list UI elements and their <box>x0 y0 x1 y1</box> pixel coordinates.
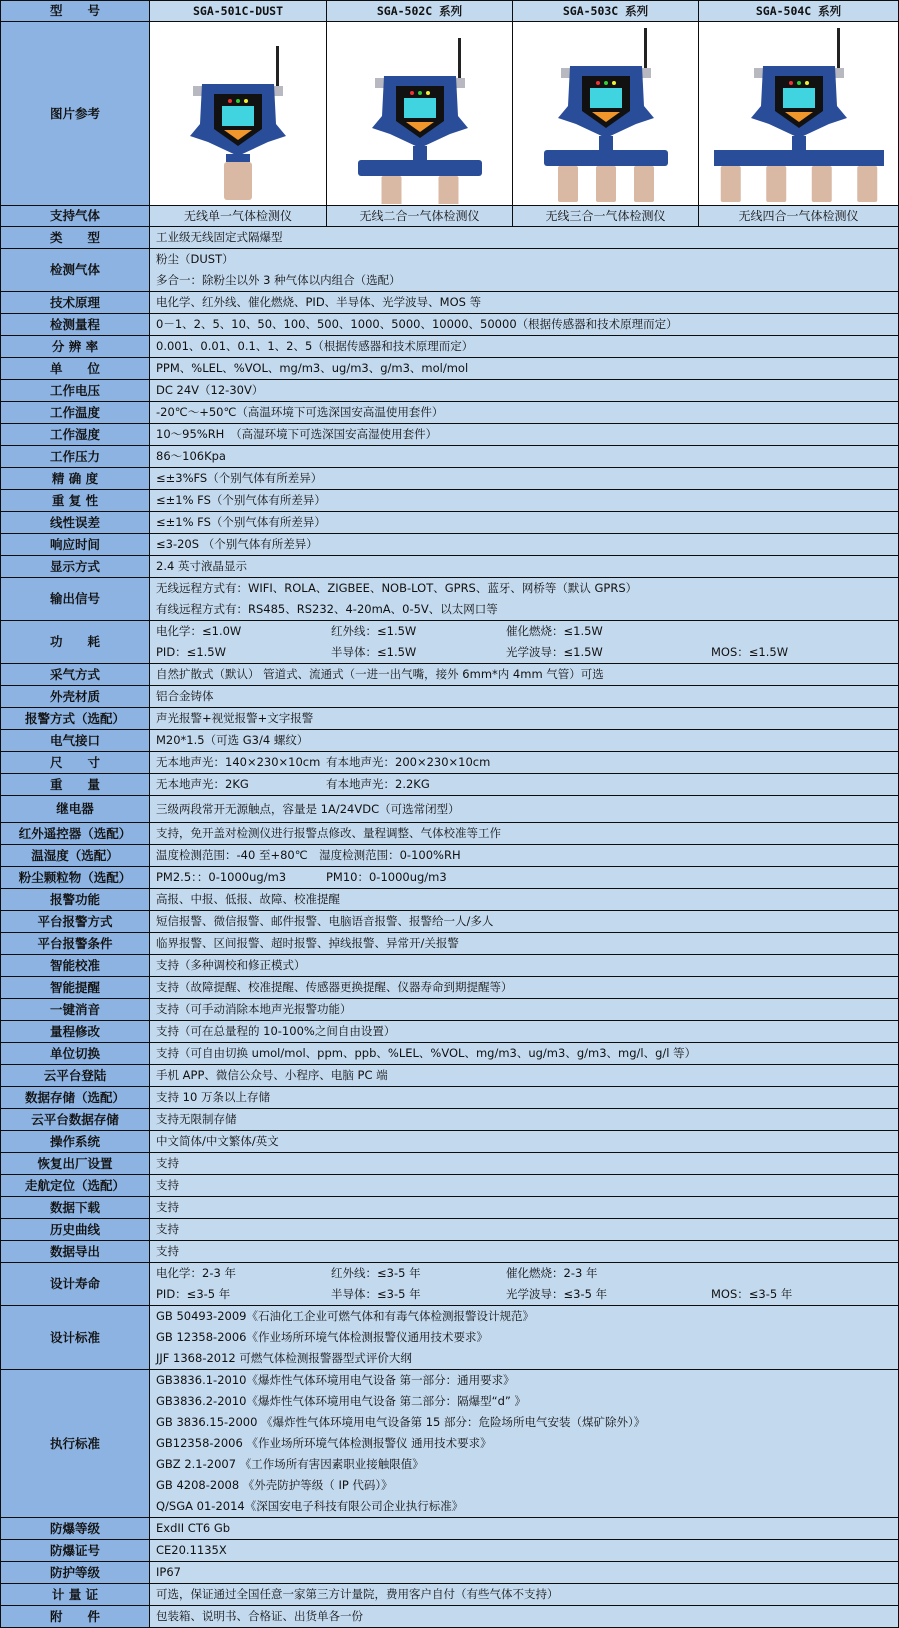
spec-value: 短信报警、微信报警、邮件报警、电脑语音报警、报警给一人/多人 <box>150 911 899 933</box>
spec-row: 设计寿命电化学：2-3 年红外线：≤3-5 年催化燃烧：2-3 年PID：≤3-… <box>1 1263 899 1306</box>
model-name: SGA-501C-DUST <box>150 1 327 22</box>
spec-value: CE20.1135X <box>150 1540 899 1562</box>
spec-value-item: 无本地声光：140×230×10cm <box>156 752 326 773</box>
spec-value-line: 电化学、红外线、催化燃烧、PID、半导体、光学波导、MOS 等 <box>156 292 892 313</box>
spec-value-line: 临界报警、区间报警、超时报警、掉线报警、异常开/关报警 <box>156 933 892 954</box>
spec-value: M20*1.5（可选 G3/4 螺纹） <box>150 730 899 752</box>
spec-label: 报警功能 <box>1 889 150 911</box>
spec-row: 智能提醒支持（故障提醒、校准提醒、传感器更换提醒、仪器寿命到期提醒等） <box>1 977 899 999</box>
spec-value-line: 电化学：≤1.0W红外线：≤1.5W催化燃烧：≤1.5W <box>156 621 892 642</box>
spec-row: 技术原理电化学、红外线、催化燃烧、PID、半导体、光学波导、MOS 等 <box>1 292 899 314</box>
spec-value-line: 支持（可在总量程的 10-100%之间自由设置） <box>156 1021 892 1042</box>
spec-value-line: 支持 <box>156 1197 892 1218</box>
spec-value-line: DC 24V（12-30V） <box>156 380 892 401</box>
spec-value-item: 催化燃烧：2-3 年 <box>506 1263 711 1284</box>
spec-value-line: ≤±1% FS（个别气体有所差异） <box>156 512 892 533</box>
spec-value-item: 半导体：≤1.5W <box>331 642 506 663</box>
spec-label: 设计寿命 <box>1 1263 150 1306</box>
spec-label: 工作温度 <box>1 402 150 424</box>
spec-value: 自然扩散式（默认） 管道式、流通式（一进一出气嘴，接外 6mm*内 4mm 气管… <box>150 664 899 686</box>
spec-row: 尺 寸无本地声光：140×230×10cm有本地声光：200×230×10cm <box>1 752 899 774</box>
spec-value: 电化学、红外线、催化燃烧、PID、半导体、光学波导、MOS 等 <box>150 292 899 314</box>
spec-row: 功 耗电化学：≤1.0W红外线：≤1.5W催化燃烧：≤1.5WPID：≤1.5W… <box>1 621 899 664</box>
spec-value: 支持（可自由切换 umol/mol、ppm、ppb、%LEL、%VOL、mg/m… <box>150 1043 899 1065</box>
model-header-row: 型 号 SGA-501C-DUST SGA-502C 系列 SGA-503C 系… <box>1 1 899 22</box>
spec-label: 检测气体 <box>1 249 150 292</box>
spec-value-line: 自然扩散式（默认） 管道式、流通式（一进一出气嘴，接外 6mm*内 4mm 气管… <box>156 664 892 685</box>
spec-value-line: PPM、%LEL、%VOL、mg/m3、ug/m3、g/m3、mol/mol <box>156 358 892 379</box>
spec-row: 恢复出厂设置支持 <box>1 1153 899 1175</box>
spec-value-line: 支持，免开盖对检测仪进行报警点修改、量程调整、气体校准等工作 <box>156 823 892 844</box>
spec-value-item: MOS：≤1.5W <box>711 642 861 663</box>
spec-row: 附 件包装箱、说明书、合格证、出货单各一份 <box>1 1606 899 1628</box>
spec-label: 尺 寸 <box>1 752 150 774</box>
spec-row: 报警功能高报、中报、低报、故障、校准提醒 <box>1 889 899 911</box>
spec-row: 工作电压DC 24V（12-30V） <box>1 380 899 402</box>
spec-row: 工作温度-20℃～+50℃（高温环境下可选深国安高温使用套件） <box>1 402 899 424</box>
spec-value: ≤3-20S （个别气体有所差异） <box>150 534 899 556</box>
spec-value-line: 无本地声光：2KG有本地声光：2.2KG <box>156 774 892 795</box>
spec-label: 外壳材质 <box>1 686 150 708</box>
spec-value-line: GB 12358-2006《作业场所环境气体检测报警仪通用技术要求》 <box>156 1327 892 1348</box>
spec-value-line: Q/SGA 01-2014《深国安电子科技有限公司企业执行标准》 <box>156 1496 892 1517</box>
spec-value-line: 86～106Kpa <box>156 446 892 467</box>
spec-row: 设计标准GB 50493-2009《石油化工企业可燃气体和有毒气体检测报警设计规… <box>1 1306 899 1370</box>
spec-row: 类 型工业级无线固定式隔爆型 <box>1 227 899 249</box>
spec-value-line: -20℃～+50℃（高温环境下可选深国安高温使用套件） <box>156 402 892 423</box>
spec-value: 包装箱、说明书、合格证、出货单各一份 <box>150 1606 899 1628</box>
spec-label: 类 型 <box>1 227 150 249</box>
spec-value: PPM、%LEL、%VOL、mg/m3、ug/m3、g/m3、mol/mol <box>150 358 899 380</box>
spec-value-line: GB 3836.15-2000 《爆炸性气体环境用电气设备第 15 部分：危险场… <box>156 1412 892 1433</box>
spec-label: 输出信号 <box>1 578 150 621</box>
spec-value-line: 有线远程方式有：RS485、RS232、4-20mA、0-5V、以太网口等 <box>156 599 892 620</box>
spec-label: 分 辨 率 <box>1 336 150 358</box>
spec-row: 平台报警方式短信报警、微信报警、邮件报警、电脑语音报警、报警给一人/多人 <box>1 911 899 933</box>
spec-label: 重 复 性 <box>1 490 150 512</box>
spec-value-line: PID：≤1.5W半导体：≤1.5W光学波导：≤1.5WMOS：≤1.5W <box>156 642 892 663</box>
spec-label: 量程修改 <box>1 1021 150 1043</box>
spec-label: 走航定位（选配） <box>1 1175 150 1197</box>
model-label: 型 号 <box>1 1 150 22</box>
spec-row: 精 确 度≤±3%FS（个别气体有所差异） <box>1 468 899 490</box>
spec-label: 防爆等级 <box>1 1518 150 1540</box>
spec-label: 云平台数据存储 <box>1 1109 150 1131</box>
spec-value-item: 光学波导：≤3-5 年 <box>506 1284 711 1305</box>
model-name: SGA-504C 系列 <box>699 1 899 22</box>
spec-value: 支持 <box>150 1153 899 1175</box>
spec-row: 数据下载支持 <box>1 1197 899 1219</box>
spec-label: 智能提醒 <box>1 977 150 999</box>
spec-value-line: 0－1、2、5、10、50、100、500、1000、5000、10000、50… <box>156 314 892 335</box>
four-in-one-detector-image <box>699 22 899 206</box>
spec-label: 防护等级 <box>1 1562 150 1584</box>
two-in-one-detector-image <box>327 22 513 206</box>
spec-value-item: PID：≤3-5 年 <box>156 1284 331 1305</box>
spec-value: 支持（可在总量程的 10-100%之间自由设置） <box>150 1021 899 1043</box>
spec-label: 报警方式（选配） <box>1 708 150 730</box>
spec-row: 分 辨 率0.001、0.01、0.1、1、2、5（根据传感器和技术原理而定） <box>1 336 899 358</box>
spec-label: 线性误差 <box>1 512 150 534</box>
spec-value-item: 半导体：≤3-5 年 <box>331 1284 506 1305</box>
spec-label: 设计标准 <box>1 1306 150 1370</box>
spec-value-line: 支持（故障提醒、校准提醒、传感器更换提醒、仪器寿命到期提醒等） <box>156 977 892 998</box>
spec-value: 中文简体/中文繁体/英文 <box>150 1131 899 1153</box>
spec-value-line: 支持 <box>156 1153 892 1174</box>
spec-value-item: 无本地声光：2KG <box>156 774 326 795</box>
spec-value-line: 三级两段常开无源触点，容量是 1A/24VDC（可选常闭型） <box>156 799 892 820</box>
spec-label: 温湿度（选配） <box>1 845 150 867</box>
spec-value-line: 多合一：除粉尘以外 3 种气体以内组合（选配） <box>156 270 892 291</box>
spec-label: 单位切换 <box>1 1043 150 1065</box>
spec-value: 三级两段常开无源触点，容量是 1A/24VDC（可选常闭型） <box>150 796 899 823</box>
spec-label: 响应时间 <box>1 534 150 556</box>
spec-row: 重 量无本地声光：2KG有本地声光：2.2KG <box>1 774 899 796</box>
spec-label: 操作系统 <box>1 1131 150 1153</box>
spec-row: 走航定位（选配）支持 <box>1 1175 899 1197</box>
spec-row: 工作压力86～106Kpa <box>1 446 899 468</box>
spec-value-item: 电化学：2-3 年 <box>156 1263 331 1284</box>
spec-label: 工作电压 <box>1 380 150 402</box>
spec-row: 量程修改支持（可在总量程的 10-100%之间自由设置） <box>1 1021 899 1043</box>
spec-row: 操作系统中文简体/中文繁体/英文 <box>1 1131 899 1153</box>
spec-label: 平台报警方式 <box>1 911 150 933</box>
spec-value-line: 支持无限制存储 <box>156 1109 892 1130</box>
spec-value-line: 包装箱、说明书、合格证、出货单各一份 <box>156 1606 892 1627</box>
spec-row: 数据存储（选配）支持 10 万条以上存储 <box>1 1087 899 1109</box>
spec-value: ≤±1% FS（个别气体有所差异） <box>150 512 899 534</box>
spec-value-line: 支持 <box>156 1219 892 1240</box>
spec-value: 支持 <box>150 1175 899 1197</box>
spec-value-item: PID：≤1.5W <box>156 642 331 663</box>
spec-label: 恢复出厂设置 <box>1 1153 150 1175</box>
spec-row: 单 位PPM、%LEL、%VOL、mg/m3、ug/m3、g/m3、mol/mo… <box>1 358 899 380</box>
spec-row: 粉尘颗粒物（选配）PM2.5：：0-1000ug/m3PM10：0-1000ug… <box>1 867 899 889</box>
spec-row: 继电器三级两段常开无源触点，容量是 1A/24VDC（可选常闭型） <box>1 796 899 823</box>
spec-value-line: 高报、中报、低报、故障、校准提醒 <box>156 889 892 910</box>
spec-value-line: 0.001、0.01、0.1、1、2、5（根据传感器和技术原理而定） <box>156 336 892 357</box>
spec-value-line: ExdII CT6 Gb <box>156 1518 892 1539</box>
spec-value-item: PM10：0-1000ug/m3 <box>326 867 626 888</box>
spec-label: 智能校准 <box>1 955 150 977</box>
spec-value: 可选，保证通过全国任意一家第三方计量院，费用客户自付（有些气体不支持） <box>150 1584 899 1606</box>
spec-row: 执行标准GB3836.1-2010《爆炸性气体环境用电气设备 第一部分：通用要求… <box>1 1370 899 1518</box>
spec-value: 声光报警+视觉报警+文字报警 <box>150 708 899 730</box>
spec-value-line: 支持（多种调校和修正模式） <box>156 955 892 976</box>
spec-row: 外壳材质铝合金铸体 <box>1 686 899 708</box>
spec-value-item: 催化燃烧：≤1.5W <box>506 621 711 642</box>
spec-value: 无本地声光：2KG有本地声光：2.2KG <box>150 774 899 796</box>
spec-value-line: 粉尘（DUST） <box>156 249 892 270</box>
spec-value: 高报、中报、低报、故障、校准提醒 <box>150 889 899 911</box>
spec-value-line: GB3836.2-2010《爆炸性气体环境用电气设备 第二部分：隔爆型“d” 》 <box>156 1391 892 1412</box>
spec-value-line: 支持（可手动消除本地声光报警功能） <box>156 999 892 1020</box>
spec-value: 手机 APP、微信公众号、小程序、电脑 PC 端 <box>150 1065 899 1087</box>
spec-value-line: GB 4208-2008 《外壳防护等级（ IP 代码）》 <box>156 1475 892 1496</box>
single-gas-detector-image <box>150 22 327 206</box>
spec-value: 2.4 英寸液晶显示 <box>150 556 899 578</box>
spec-label: 红外遥控器（选配） <box>1 823 150 845</box>
spec-value: 支持（多种调校和修正模式） <box>150 955 899 977</box>
spec-row: 线性误差≤±1% FS（个别气体有所差异） <box>1 512 899 534</box>
spec-label: 单 位 <box>1 358 150 380</box>
spec-value-item: 光学波导：≤1.5W <box>506 642 711 663</box>
spec-value-line: 10～95%RH （高湿环境下可选深国安高湿使用套件） <box>156 424 892 445</box>
spec-value-line: ≤±3%FS（个别气体有所差异） <box>156 468 892 489</box>
spec-value: 电化学：2-3 年红外线：≤3-5 年催化燃烧：2-3 年PID：≤3-5 年半… <box>150 1263 899 1306</box>
spec-table: 型 号 SGA-501C-DUST SGA-502C 系列 SGA-503C 系… <box>0 0 899 1628</box>
spec-value-line: 支持（可自由切换 umol/mol、ppm、ppb、%LEL、%VOL、mg/m… <box>156 1043 892 1064</box>
spec-row: 重 复 性≤±1% FS（个别气体有所差异） <box>1 490 899 512</box>
spec-value: 支持 <box>150 1241 899 1263</box>
spec-value: ≤±3%FS（个别气体有所差异） <box>150 468 899 490</box>
spec-value-line: PM2.5：：0-1000ug/m3PM10：0-1000ug/m3 <box>156 867 892 888</box>
spec-value-item: 红外线：≤1.5W <box>331 621 506 642</box>
spec-value-line: 支持 <box>156 1175 892 1196</box>
spec-value-line: GB12358-2006 《作业场所环境气体检测报警仪 通用技术要求》 <box>156 1433 892 1454</box>
spec-label: 精 确 度 <box>1 468 150 490</box>
spec-value-line: 无本地声光：140×230×10cm有本地声光：200×230×10cm <box>156 752 892 773</box>
spec-row: 平台报警条件临界报警、区间报警、超时报警、掉线报警、异常开/关报警 <box>1 933 899 955</box>
spec-value: 粉尘（DUST）多合一：除粉尘以外 3 种气体以内组合（选配） <box>150 249 899 292</box>
spec-value-line: GBZ 2.1-2007 《工作场所有害因素职业接触限值》 <box>156 1454 892 1475</box>
supported-gas-value: 无线二合一气体检测仪 <box>327 206 513 227</box>
spec-label: 一键消音 <box>1 999 150 1021</box>
spec-row: 云平台数据存储支持无限制存储 <box>1 1109 899 1131</box>
spec-row: 采气方式自然扩散式（默认） 管道式、流通式（一进一出气嘴，接外 6mm*内 4m… <box>1 664 899 686</box>
spec-row: 数据导出支持 <box>1 1241 899 1263</box>
spec-label: 云平台登陆 <box>1 1065 150 1087</box>
spec-value: 支持（可手动消除本地声光报警功能） <box>150 999 899 1021</box>
spec-value: 0－1、2、5、10、50、100、500、1000、5000、10000、50… <box>150 314 899 336</box>
spec-label: 继电器 <box>1 796 150 823</box>
spec-value: 86～106Kpa <box>150 446 899 468</box>
spec-value-line: GB3836.1-2010《爆炸性气体环境用电气设备 第一部分：通用要求》 <box>156 1370 892 1391</box>
spec-label: 防爆证号 <box>1 1540 150 1562</box>
spec-label: 显示方式 <box>1 556 150 578</box>
spec-label: 数据存储（选配） <box>1 1087 150 1109</box>
spec-value: GB3836.1-2010《爆炸性气体环境用电气设备 第一部分：通用要求》GB3… <box>150 1370 899 1518</box>
spec-value: 临界报警、区间报警、超时报警、掉线报警、异常开/关报警 <box>150 933 899 955</box>
spec-value-line: 2.4 英寸液晶显示 <box>156 556 892 577</box>
spec-row: 检测量程0－1、2、5、10、50、100、500、1000、5000、1000… <box>1 314 899 336</box>
spec-value: 支持 <box>150 1219 899 1241</box>
supported-gas-value: 无线单一气体检测仪 <box>150 206 327 227</box>
spec-value-line: CE20.1135X <box>156 1540 892 1561</box>
supported-gas-value: 无线三合一气体检测仪 <box>513 206 699 227</box>
spec-value-line: M20*1.5（可选 G3/4 螺纹） <box>156 730 892 751</box>
spec-label: 电气接口 <box>1 730 150 752</box>
spec-value-line: 支持 10 万条以上存储 <box>156 1087 892 1108</box>
spec-value: GB 50493-2009《石油化工企业可燃气体和有毒气体检测报警设计规范》GB… <box>150 1306 899 1370</box>
spec-row: 报警方式（选配）声光报警+视觉报警+文字报警 <box>1 708 899 730</box>
spec-label: 工作压力 <box>1 446 150 468</box>
spec-row: 输出信号无线远程方式有：WIFI、ROLA、ZIGBEE、NOB-LOT、GPR… <box>1 578 899 621</box>
spec-label: 附 件 <box>1 1606 150 1628</box>
spec-value: IP67 <box>150 1562 899 1584</box>
supported-gas-row: 支持气体 无线单一气体检测仪 无线二合一气体检测仪 无线三合一气体检测仪 无线四… <box>1 206 899 227</box>
supported-gas-label: 支持气体 <box>1 206 150 227</box>
spec-value-line: 支持 <box>156 1241 892 1262</box>
spec-value-item: 有本地声光：2.2KG <box>326 774 626 795</box>
spec-row: 显示方式2.4 英寸液晶显示 <box>1 556 899 578</box>
spec-value: 支持（故障提醒、校准提醒、传感器更换提醒、仪器寿命到期提醒等） <box>150 977 899 999</box>
spec-label: 检测量程 <box>1 314 150 336</box>
spec-row: 检测气体粉尘（DUST）多合一：除粉尘以外 3 种气体以内组合（选配） <box>1 249 899 292</box>
spec-label: 采气方式 <box>1 664 150 686</box>
model-name: SGA-503C 系列 <box>513 1 699 22</box>
spec-value: 无线远程方式有：WIFI、ROLA、ZIGBEE、NOB-LOT、GPRS、蓝牙… <box>150 578 899 621</box>
spec-label: 历史曲线 <box>1 1219 150 1241</box>
spec-value: 工业级无线固定式隔爆型 <box>150 227 899 249</box>
spec-value-line: 铝合金铸体 <box>156 686 892 707</box>
spec-value: 温度检测范围：-40 至+80℃ 湿度检测范围：0-100%RH <box>150 845 899 867</box>
spec-value-line: JJF 1368-2012 可燃气体检测报警器型式评价大纲 <box>156 1348 892 1369</box>
spec-value: 铝合金铸体 <box>150 686 899 708</box>
spec-label: 技术原理 <box>1 292 150 314</box>
image-label: 图片参考 <box>1 22 150 206</box>
spec-row: 红外遥控器（选配）支持，免开盖对检测仪进行报警点修改、量程调整、气体校准等工作 <box>1 823 899 845</box>
spec-row: 云平台登陆手机 APP、微信公众号、小程序、电脑 PC 端 <box>1 1065 899 1087</box>
spec-value: -20℃～+50℃（高温环境下可选深国安高温使用套件） <box>150 402 899 424</box>
spec-value: 电化学：≤1.0W红外线：≤1.5W催化燃烧：≤1.5WPID：≤1.5W半导体… <box>150 621 899 664</box>
spec-row: 防爆证号CE20.1135X <box>1 1540 899 1562</box>
spec-value: DC 24V（12-30V） <box>150 380 899 402</box>
spec-label: 执行标准 <box>1 1370 150 1518</box>
spec-value: 支持 10 万条以上存储 <box>150 1087 899 1109</box>
spec-value-line: PID：≤3-5 年半导体：≤3-5 年光学波导：≤3-5 年MOS：≤3-5 … <box>156 1284 892 1305</box>
spec-label: 计 量 证 <box>1 1584 150 1606</box>
spec-row: 计 量 证可选，保证通过全国任意一家第三方计量院，费用客户自付（有些气体不支持） <box>1 1584 899 1606</box>
spec-value-line: 温度检测范围：-40 至+80℃ 湿度检测范围：0-100%RH <box>156 845 892 866</box>
spec-value-line: 手机 APP、微信公众号、小程序、电脑 PC 端 <box>156 1065 892 1086</box>
spec-label: 重 量 <box>1 774 150 796</box>
spec-value: 支持无限制存储 <box>150 1109 899 1131</box>
spec-label: 数据导出 <box>1 1241 150 1263</box>
spec-label: 粉尘颗粒物（选配） <box>1 867 150 889</box>
spec-label: 数据下载 <box>1 1197 150 1219</box>
spec-row: 智能校准支持（多种调校和修正模式） <box>1 955 899 977</box>
spec-value-line: IP67 <box>156 1562 892 1583</box>
spec-value-line: 短信报警、微信报警、邮件报警、电脑语音报警、报警给一人/多人 <box>156 911 892 932</box>
spec-value-line: 可选，保证通过全国任意一家第三方计量院，费用客户自付（有些气体不支持） <box>156 1584 892 1605</box>
spec-value: PM2.5：：0-1000ug/m3PM10：0-1000ug/m3 <box>150 867 899 889</box>
spec-value-line: 声光报警+视觉报警+文字报警 <box>156 708 892 729</box>
spec-row: 防护等级IP67 <box>1 1562 899 1584</box>
spec-value-line: 电化学：2-3 年红外线：≤3-5 年催化燃烧：2-3 年 <box>156 1263 892 1284</box>
spec-value-item: 有本地声光：200×230×10cm <box>326 752 626 773</box>
spec-value-line: 中文简体/中文繁体/英文 <box>156 1131 892 1152</box>
spec-value-line: 工业级无线固定式隔爆型 <box>156 227 892 248</box>
spec-row: 温湿度（选配）温度检测范围：-40 至+80℃ 湿度检测范围：0-100%RH <box>1 845 899 867</box>
spec-value-item: MOS：≤3-5 年 <box>711 1284 861 1305</box>
spec-label: 平台报警条件 <box>1 933 150 955</box>
spec-value: ≤±1% FS（个别气体有所差异） <box>150 490 899 512</box>
spec-value-item: PM2.5：：0-1000ug/m3 <box>156 867 326 888</box>
spec-value-item: 红外线：≤3-5 年 <box>331 1263 506 1284</box>
spec-value: 10～95%RH （高湿环境下可选深国安高湿使用套件） <box>150 424 899 446</box>
spec-value: 支持 <box>150 1197 899 1219</box>
spec-value-line: GB 50493-2009《石油化工企业可燃气体和有毒气体检测报警设计规范》 <box>156 1306 892 1327</box>
spec-row: 单位切换支持（可自由切换 umol/mol、ppm、ppb、%LEL、%VOL、… <box>1 1043 899 1065</box>
spec-value-item: 电化学：≤1.0W <box>156 621 331 642</box>
spec-value-line: ≤3-20S （个别气体有所差异） <box>156 534 892 555</box>
spec-label: 工作湿度 <box>1 424 150 446</box>
spec-value-line: 无线远程方式有：WIFI、ROLA、ZIGBEE、NOB-LOT、GPRS、蓝牙… <box>156 578 892 599</box>
spec-value: 支持，免开盖对检测仪进行报警点修改、量程调整、气体校准等工作 <box>150 823 899 845</box>
model-name: SGA-502C 系列 <box>327 1 513 22</box>
spec-row: 一键消音支持（可手动消除本地声光报警功能） <box>1 999 899 1021</box>
spec-value: 无本地声光：140×230×10cm有本地声光：200×230×10cm <box>150 752 899 774</box>
spec-row: 工作湿度10～95%RH （高湿环境下可选深国安高湿使用套件） <box>1 424 899 446</box>
spec-row: 电气接口M20*1.5（可选 G3/4 螺纹） <box>1 730 899 752</box>
spec-value: ExdII CT6 Gb <box>150 1518 899 1540</box>
spec-value-line: ≤±1% FS（个别气体有所差异） <box>156 490 892 511</box>
supported-gas-value: 无线四合一气体检测仪 <box>699 206 899 227</box>
spec-row: 防爆等级ExdII CT6 Gb <box>1 1518 899 1540</box>
image-row: 图片参考 <box>1 22 899 206</box>
three-in-one-detector-image <box>513 22 699 206</box>
spec-label: 功 耗 <box>1 621 150 664</box>
spec-value: 0.001、0.01、0.1、1、2、5（根据传感器和技术原理而定） <box>150 336 899 358</box>
spec-row: 历史曲线支持 <box>1 1219 899 1241</box>
spec-row: 响应时间≤3-20S （个别气体有所差异） <box>1 534 899 556</box>
